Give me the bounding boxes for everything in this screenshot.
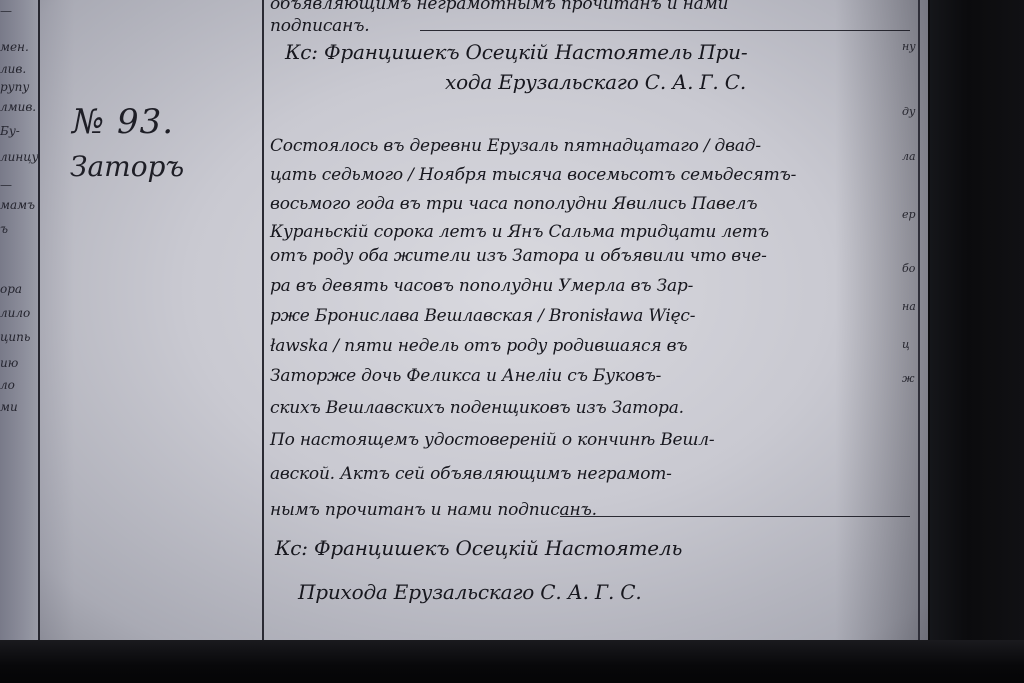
left-fragment: мен. xyxy=(0,40,38,54)
filler-rule xyxy=(420,30,910,31)
parish-signature: Прихода Ерузальскаго С. А. Г. С. xyxy=(298,580,642,604)
book-binding-shadow xyxy=(930,0,1024,683)
entry-line: отъ роду оба жители изъ Затора и объявил… xyxy=(270,246,767,266)
entry-place: Заторъ xyxy=(70,150,184,183)
entry-line: По настоящемъ удостовереній о кончинѣ Ве… xyxy=(270,430,714,450)
register-page: — мен. лив. рупу лмив. Бу- линцу — мамъ … xyxy=(0,0,928,642)
left-fragment: ло xyxy=(0,378,38,392)
entry-line: восьмого года въ три часа пополудни Явил… xyxy=(270,194,757,214)
continuation-line: подписанъ. xyxy=(270,16,369,36)
left-fragment: ъ xyxy=(0,222,38,236)
left-fragment: ора xyxy=(0,282,38,296)
priest-signature: Кс: Францишекъ Осецкій Настоятель При- xyxy=(285,40,747,64)
entry-line: Кураньскій сорока летъ и Янъ Сальма трид… xyxy=(270,222,769,242)
page-gutter-line xyxy=(38,0,40,642)
document-photo: — мен. лив. рупу лмив. Бу- линцу — мамъ … xyxy=(0,0,1024,683)
entry-line: авской. Актъ сей объявляющимъ неграмот- xyxy=(270,464,672,484)
entry-line: ра въ девять часовъ пополудни Умерла въ … xyxy=(270,276,693,296)
left-fragment: ципь xyxy=(0,330,38,344)
entry-line: Состоялось въ деревни Ерузаль пятнадцата… xyxy=(270,136,761,156)
left-fragment: лило xyxy=(0,306,38,320)
right-fragment: на xyxy=(902,300,918,313)
priest-signature: Кс: Францишекъ Осецкій Настоятель xyxy=(275,536,682,560)
entry-line: ławska / пяти недель отъ роду родившаяся… xyxy=(270,336,687,356)
right-fragment: ер xyxy=(902,208,918,221)
left-fragment: ию xyxy=(0,356,38,370)
right-fragment: ла xyxy=(902,150,918,163)
adjacent-page-edge: — мен. лив. рупу лмив. Бу- линцу — мамъ … xyxy=(0,0,38,642)
right-margin-rule xyxy=(918,0,920,642)
right-fragment: ж xyxy=(902,372,918,385)
entry-line: Заторже дочь Феликса и Анеліи съ Буковъ- xyxy=(270,366,661,386)
filler-rule xyxy=(560,516,910,517)
left-fragment: лмив. xyxy=(0,100,38,114)
right-fragment: ну xyxy=(902,40,918,53)
left-fragment: — xyxy=(0,178,38,192)
left-fragment: — xyxy=(0,4,38,18)
page-bottom-shadow xyxy=(0,640,1024,683)
left-fragment: Бу- xyxy=(0,124,38,138)
left-fragment: рупу xyxy=(0,80,38,94)
continuation-line: объявляющимъ неграмотнымъ прочитанъ и на… xyxy=(270,0,728,14)
right-fragment: бо xyxy=(902,262,918,275)
entry-line: нымъ прочитанъ и нами подписанъ. xyxy=(270,500,597,520)
left-fragment: линцу xyxy=(0,150,38,164)
entry-number: № 93. xyxy=(72,102,174,142)
entry-line: цать седьмого / Ноября тысяча восемьсотъ… xyxy=(270,165,796,185)
parish-signature: хода Ерузальскаго С. А. Г. С. xyxy=(445,70,746,94)
entry-line: скихъ Вешлавскихъ поденщиковъ изъ Затора… xyxy=(270,398,684,418)
left-fragment: мамъ xyxy=(0,198,38,212)
left-fragment: ми xyxy=(0,400,38,414)
left-fragment: лив. xyxy=(0,62,38,76)
entry-line: рже Бронислава Вешлавская / Bronisława W… xyxy=(270,306,695,326)
right-fragment: ду xyxy=(902,105,918,118)
right-fragment: ц xyxy=(902,338,918,351)
column-rule xyxy=(262,0,264,642)
